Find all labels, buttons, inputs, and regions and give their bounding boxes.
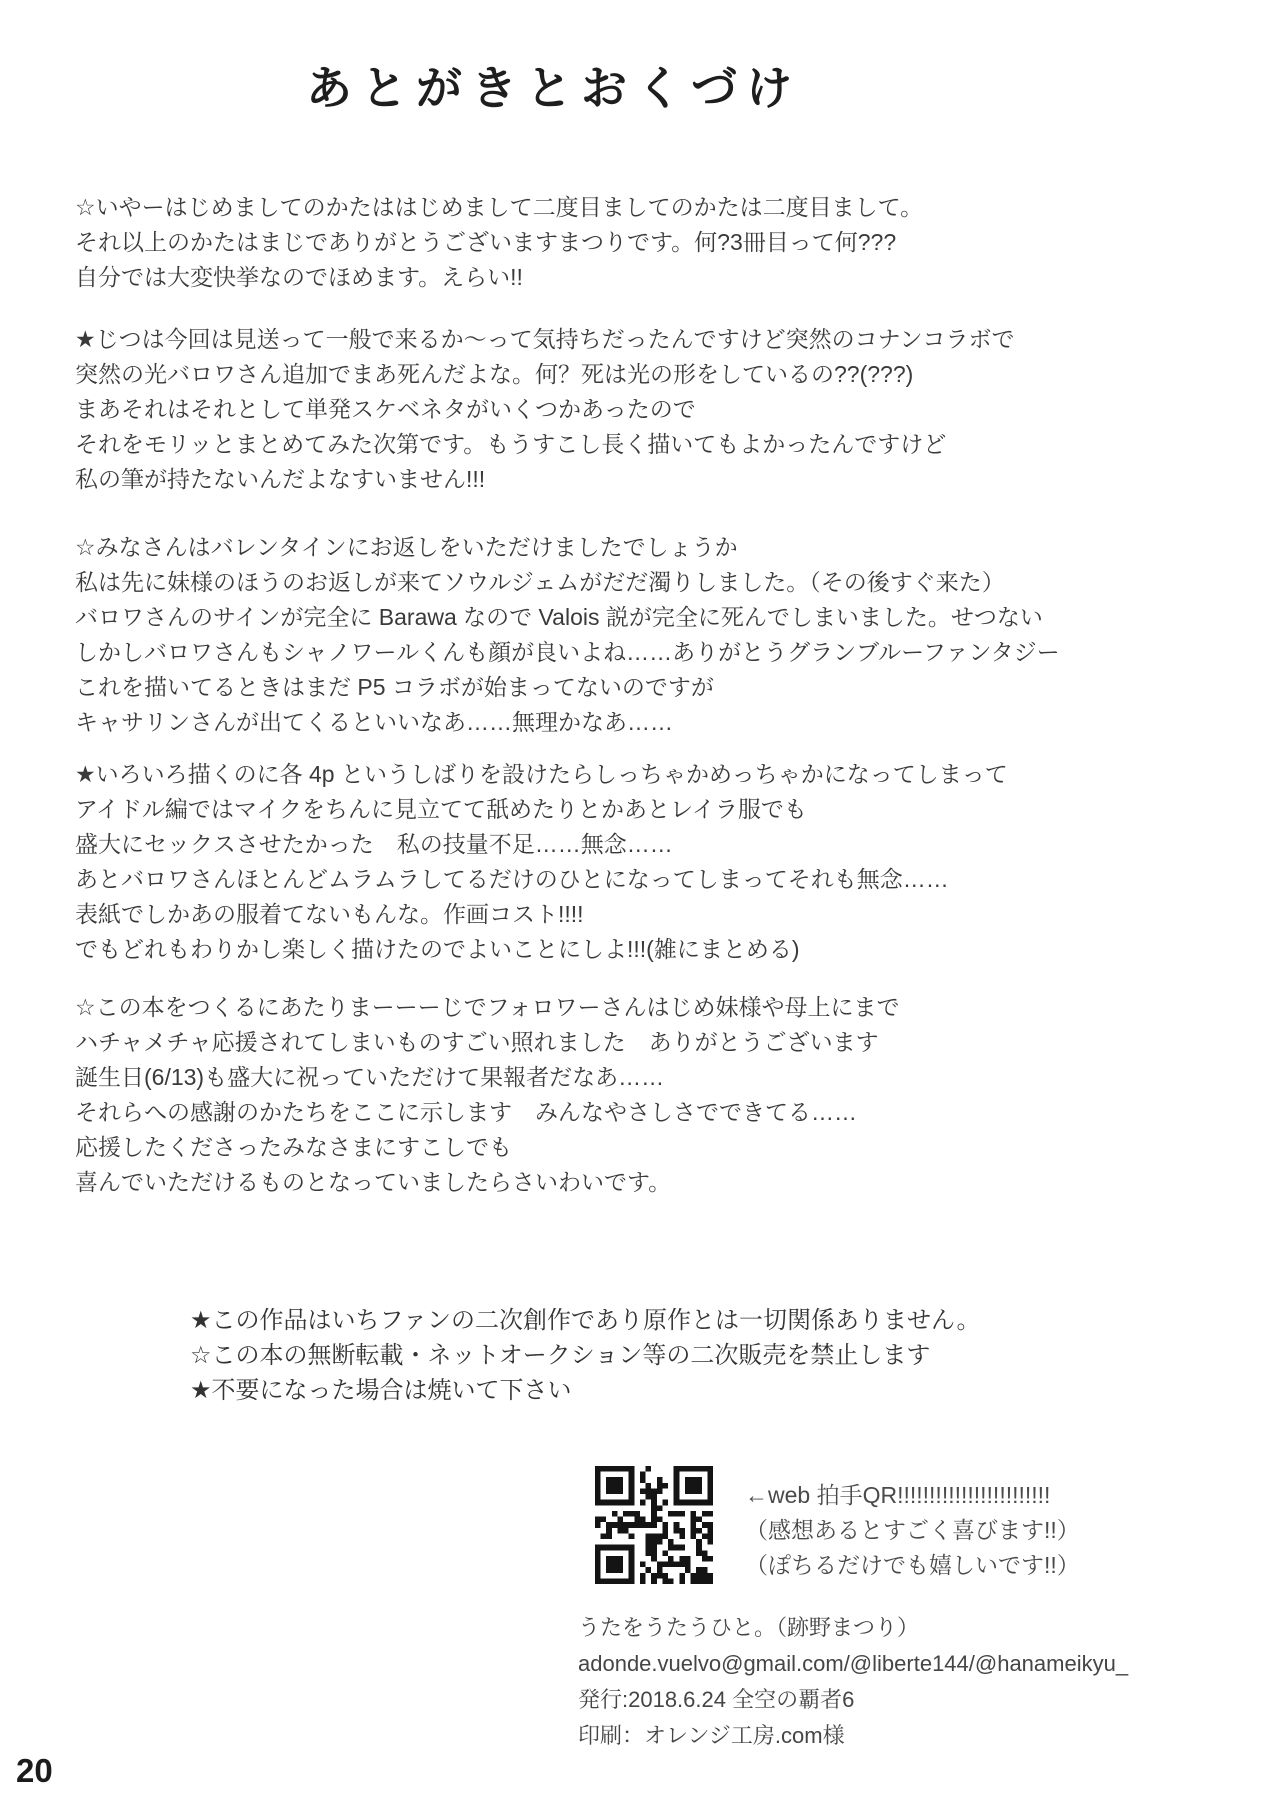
text-line: これを描いてるときはまだ P5 コラボが始まってないのですが (75, 670, 1060, 705)
afterword-paragraph-1: ☆いやーはじめましてのかたははじめまして二度目ましてのかたは二度目まして。 それ… (75, 190, 923, 295)
afterword-page: あとがきとおくづけ ☆いやーはじめましてのかたははじめまして二度目ましてのかたは… (0, 0, 1280, 1816)
text-line: 突然の光バロワさん追加でまあ死んだよな。何？死は光の形をしているの??(???) (75, 357, 1014, 392)
circle-name: うたをうたうひと。（跡野まつり） (578, 1610, 1128, 1646)
text-line: 喜んでいただけるものとなっていましたらさいわいです。 (75, 1165, 899, 1200)
printer-line: 印刷：オレンジ工房.com様 (578, 1718, 1128, 1754)
colophon-block: うたをうたうひと。（跡野まつり） adonde.vuelvo@gmail.com… (578, 1610, 1128, 1754)
text-line: ★じつは今回は見送って一般で来るか〜って気持ちだったんですけど突然のコナンコラボ… (75, 322, 1014, 357)
afterword-paragraph-5: ☆この本をつくるにあたりまーーーじでフォロワーさんはじめ妹様や母上にまで ハチャ… (75, 990, 899, 1200)
text-line: それ以上のかたはまじでありがとうございますまつりです。何?3冊目って何??? (75, 225, 923, 260)
text-line: 誕生日(6/13)も盛大に祝っていただけて果報者だなあ…… (75, 1060, 899, 1095)
qr-note-line: ←web 拍手QR!!!!!!!!!!!!!!!!!!!!!!!! (745, 1478, 1080, 1513)
disclaimer-line: ★不要になった場合は焼いて下さい (190, 1373, 980, 1408)
text-line: ハチャメチャ応援されてしまいものすごい照れました ありがとうございます (75, 1025, 899, 1060)
text-line: 私は先に妹様のほうのお返しが来てソウルジェムがだだ濁りしました。（その後すぐ来た… (75, 565, 1060, 600)
text-line: アイドル編ではマイクをちんに見立てて舐めたりとかあとレイラ服でも (75, 792, 1008, 827)
text-line: 盛大にセックスさせたかった 私の技量不足……無念…… (75, 827, 1008, 862)
disclaimer-line: ★この作品はいちファンの二次創作であり原作とは一切関係ありません。 (190, 1303, 980, 1338)
text-line: あとバロワさんほとんどムラムラしてるだけのひとになってしまってそれも無念…… (75, 862, 1008, 897)
qr-code-block (595, 1466, 713, 1584)
text-line: でもどれもわりかし楽しく描けたのでよいことにしよ!!!(雑にまとめる) (75, 932, 1008, 967)
afterword-paragraph-3: ☆みなさんはバレンタインにお返しをいただけましたでしょうか 私は先に妹様のほうの… (75, 530, 1060, 740)
text-line: バロワさんのサインが完全に Barawa なので Valois 説が完全に死んで… (75, 600, 1060, 635)
text-line: しかしバロワさんもシャノワールくんも顔が良いよね……ありがとうグランブルーファン… (75, 635, 1060, 670)
text-line: ☆この本をつくるにあたりまーーーじでフォロワーさんはじめ妹様や母上にまで (75, 990, 899, 1025)
qr-note-line: （感想あるとすごく喜びます!!） (745, 1513, 1080, 1548)
qr-code-icon (595, 1466, 713, 1584)
text-line: それらへの感謝のかたちをここに示します みんなやさしさでできてる…… (75, 1095, 899, 1130)
text-line: それをモリッとまとめてみた次第です。もうすこし長く描いてもよかったんですけど (75, 427, 1014, 462)
text-line: キャサリンさんが出てくるといいなあ……無理かなあ…… (75, 705, 1060, 740)
afterword-paragraph-2: ★じつは今回は見送って一般で来るか〜って気持ちだったんですけど突然のコナンコラボ… (75, 322, 1014, 497)
text-line: ☆みなさんはバレンタインにお返しをいただけましたでしょうか (75, 530, 1060, 565)
qr-note: ←web 拍手QR!!!!!!!!!!!!!!!!!!!!!!!! （感想あると… (745, 1478, 1080, 1583)
text-line: 私の筆が持たないんだよなすいません!!! (75, 462, 1014, 497)
text-line: ★いろいろ描くのに各 4p というしばりを設けたらしっちゃかめっちゃかになってし… (75, 757, 1008, 792)
text-line: ☆いやーはじめましてのかたははじめまして二度目ましてのかたは二度目まして。 (75, 190, 923, 225)
text-line: 自分では大変快挙なのでほめます。えらい!! (75, 260, 923, 295)
text-line: 応援したくださったみなさまにすこしでも (75, 1130, 899, 1165)
page-number: 20 (16, 1752, 53, 1790)
publication-line: 発行:2018.6.24 全空の覇者6 (578, 1682, 1128, 1718)
afterword-paragraph-4: ★いろいろ描くのに各 4p というしばりを設けたらしっちゃかめっちゃかになってし… (75, 757, 1008, 967)
disclaimer-line: ☆この本の無断転載・ネットオークション等の二次販売を禁止します (190, 1338, 980, 1373)
contact-line: adonde.vuelvo@gmail.com/@liberte144/@han… (578, 1646, 1128, 1682)
page-title: あとがきとおくづけ (306, 52, 801, 118)
text-line: 表紙でしかあの服着てないもんな。作画コスト!!!! (75, 897, 1008, 932)
disclaimer-block: ★この作品はいちファンの二次創作であり原作とは一切関係ありません。 ☆この本の無… (190, 1303, 980, 1408)
qr-note-line: （ぽちるだけでも嬉しいです!!） (745, 1548, 1080, 1583)
text-line: まあそれはそれとして単発スケベネタがいくつかあったので (75, 392, 1014, 427)
